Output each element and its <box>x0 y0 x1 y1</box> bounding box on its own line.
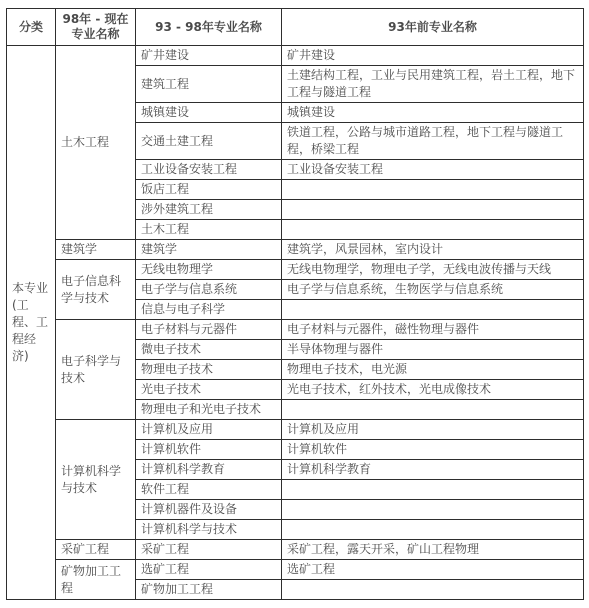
major-pre93-cell: 矿井建设 <box>282 46 584 66</box>
major-pre93-cell <box>282 520 584 540</box>
major-pre93-cell <box>282 400 584 420</box>
major-98-now-cell: 土木工程 <box>56 46 136 240</box>
column-header-pre93: 93年前专业名称 <box>282 9 584 46</box>
major-pre93-cell <box>282 500 584 520</box>
major-pre93-cell <box>282 580 584 600</box>
major-93-98-cell: 工业设备安装工程 <box>136 160 282 180</box>
major-93-98-cell: 无线电物理学 <box>136 260 282 280</box>
major-93-98-cell: 矿井建设 <box>136 46 282 66</box>
majors-mapping-table: 分类 98年 - 现在 专业名称 93 - 98年专业名称 93年前专业名称 本… <box>6 8 584 600</box>
majors-mapping-page: 分类 98年 - 现在 专业名称 93 - 98年专业名称 93年前专业名称 本… <box>0 0 589 608</box>
major-93-98-cell: 软件工程 <box>136 480 282 500</box>
major-93-98-cell: 计算机器件及设备 <box>136 500 282 520</box>
major-pre93-cell: 物理电子技术，电光源 <box>282 360 584 380</box>
major-98-now-cell: 建筑学 <box>56 240 136 260</box>
major-93-98-cell: 建筑工程 <box>136 66 282 103</box>
major-pre93-cell: 电子材料与元器件，磁性物理与器件 <box>282 320 584 340</box>
table-body: 本专业(工程、工程经济)土木工程矿井建设矿井建设建筑工程土建结构工程，工业与民用… <box>7 46 584 600</box>
table-row: 本专业(工程、工程经济)土木工程矿井建设矿井建设 <box>7 46 584 66</box>
major-93-98-cell: 计算机软件 <box>136 440 282 460</box>
major-93-98-cell: 建筑学 <box>136 240 282 260</box>
table-row: 采矿工程采矿工程采矿工程，露天开采，矿山工程物理 <box>7 540 584 560</box>
major-pre93-cell: 工业设备安装工程 <box>282 160 584 180</box>
header-row: 分类 98年 - 现在 专业名称 93 - 98年专业名称 93年前专业名称 <box>7 9 584 46</box>
major-93-98-cell: 土木工程 <box>136 220 282 240</box>
major-93-98-cell: 交通土建工程 <box>136 123 282 160</box>
major-pre93-cell: 计算机软件 <box>282 440 584 460</box>
table-row: 电子信息科学与技术无线电物理学无线电物理学，物理电子学，无线电波传播与天线 <box>7 260 584 280</box>
major-93-98-cell: 光电子技术 <box>136 380 282 400</box>
major-pre93-cell <box>282 300 584 320</box>
major-pre93-cell: 计算机及应用 <box>282 420 584 440</box>
major-pre93-cell: 城镇建设 <box>282 103 584 123</box>
major-pre93-cell: 光电子技术，红外技术，光电成像技术 <box>282 380 584 400</box>
major-pre93-cell: 半导体物理与器件 <box>282 340 584 360</box>
major-pre93-cell <box>282 220 584 240</box>
column-header-98-now: 98年 - 现在 专业名称 <box>56 9 136 46</box>
major-93-98-cell: 物理电子和光电子技术 <box>136 400 282 420</box>
major-98-now-cell: 采矿工程 <box>56 540 136 560</box>
major-pre93-cell: 建筑学，风景园林，室内设计 <box>282 240 584 260</box>
table-row: 矿物加工工程选矿工程选矿工程 <box>7 560 584 580</box>
major-93-98-cell: 城镇建设 <box>136 103 282 123</box>
major-93-98-cell: 涉外建筑工程 <box>136 200 282 220</box>
major-pre93-cell: 无线电物理学，物理电子学，无线电波传播与天线 <box>282 260 584 280</box>
column-header-category: 分类 <box>7 9 56 46</box>
major-pre93-cell <box>282 180 584 200</box>
major-93-98-cell: 采矿工程 <box>136 540 282 560</box>
major-pre93-cell: 选矿工程 <box>282 560 584 580</box>
major-98-now-cell: 电子信息科学与技术 <box>56 260 136 320</box>
major-93-98-cell: 计算机科学与技术 <box>136 520 282 540</box>
major-93-98-cell: 计算机及应用 <box>136 420 282 440</box>
column-header-93-98: 93 - 98年专业名称 <box>136 9 282 46</box>
major-pre93-cell: 铁道工程，公路与城市道路工程，地下工程与隧道工程，桥梁工程 <box>282 123 584 160</box>
major-pre93-cell <box>282 480 584 500</box>
category-cell: 本专业(工程、工程经济) <box>7 46 56 600</box>
major-pre93-cell: 电子学与信息系统，生物医学与信息系统 <box>282 280 584 300</box>
major-98-now-cell: 矿物加工工程 <box>56 560 136 600</box>
major-93-98-cell: 饭店工程 <box>136 180 282 200</box>
major-pre93-cell: 采矿工程，露天开采，矿山工程物理 <box>282 540 584 560</box>
table-row: 计算机科学与技术计算机及应用计算机及应用 <box>7 420 584 440</box>
table-row: 电子科学与技术电子材料与元器件电子材料与元器件，磁性物理与器件 <box>7 320 584 340</box>
table-header: 分类 98年 - 现在 专业名称 93 - 98年专业名称 93年前专业名称 <box>7 9 584 46</box>
major-93-98-cell: 电子材料与元器件 <box>136 320 282 340</box>
major-93-98-cell: 信息与电子科学 <box>136 300 282 320</box>
major-93-98-cell: 微电子技术 <box>136 340 282 360</box>
table-row: 建筑学建筑学建筑学，风景园林，室内设计 <box>7 240 584 260</box>
major-pre93-cell: 计算机科学教育 <box>282 460 584 480</box>
major-93-98-cell: 矿物加工工程 <box>136 580 282 600</box>
major-98-now-cell: 电子科学与技术 <box>56 320 136 420</box>
major-98-now-cell: 计算机科学与技术 <box>56 420 136 540</box>
major-93-98-cell: 选矿工程 <box>136 560 282 580</box>
major-93-98-cell: 电子学与信息系统 <box>136 280 282 300</box>
major-pre93-cell <box>282 200 584 220</box>
major-93-98-cell: 物理电子技术 <box>136 360 282 380</box>
major-93-98-cell: 计算机科学教育 <box>136 460 282 480</box>
major-pre93-cell: 土建结构工程，工业与民用建筑工程，岩土工程，地下工程与隧道工程 <box>282 66 584 103</box>
